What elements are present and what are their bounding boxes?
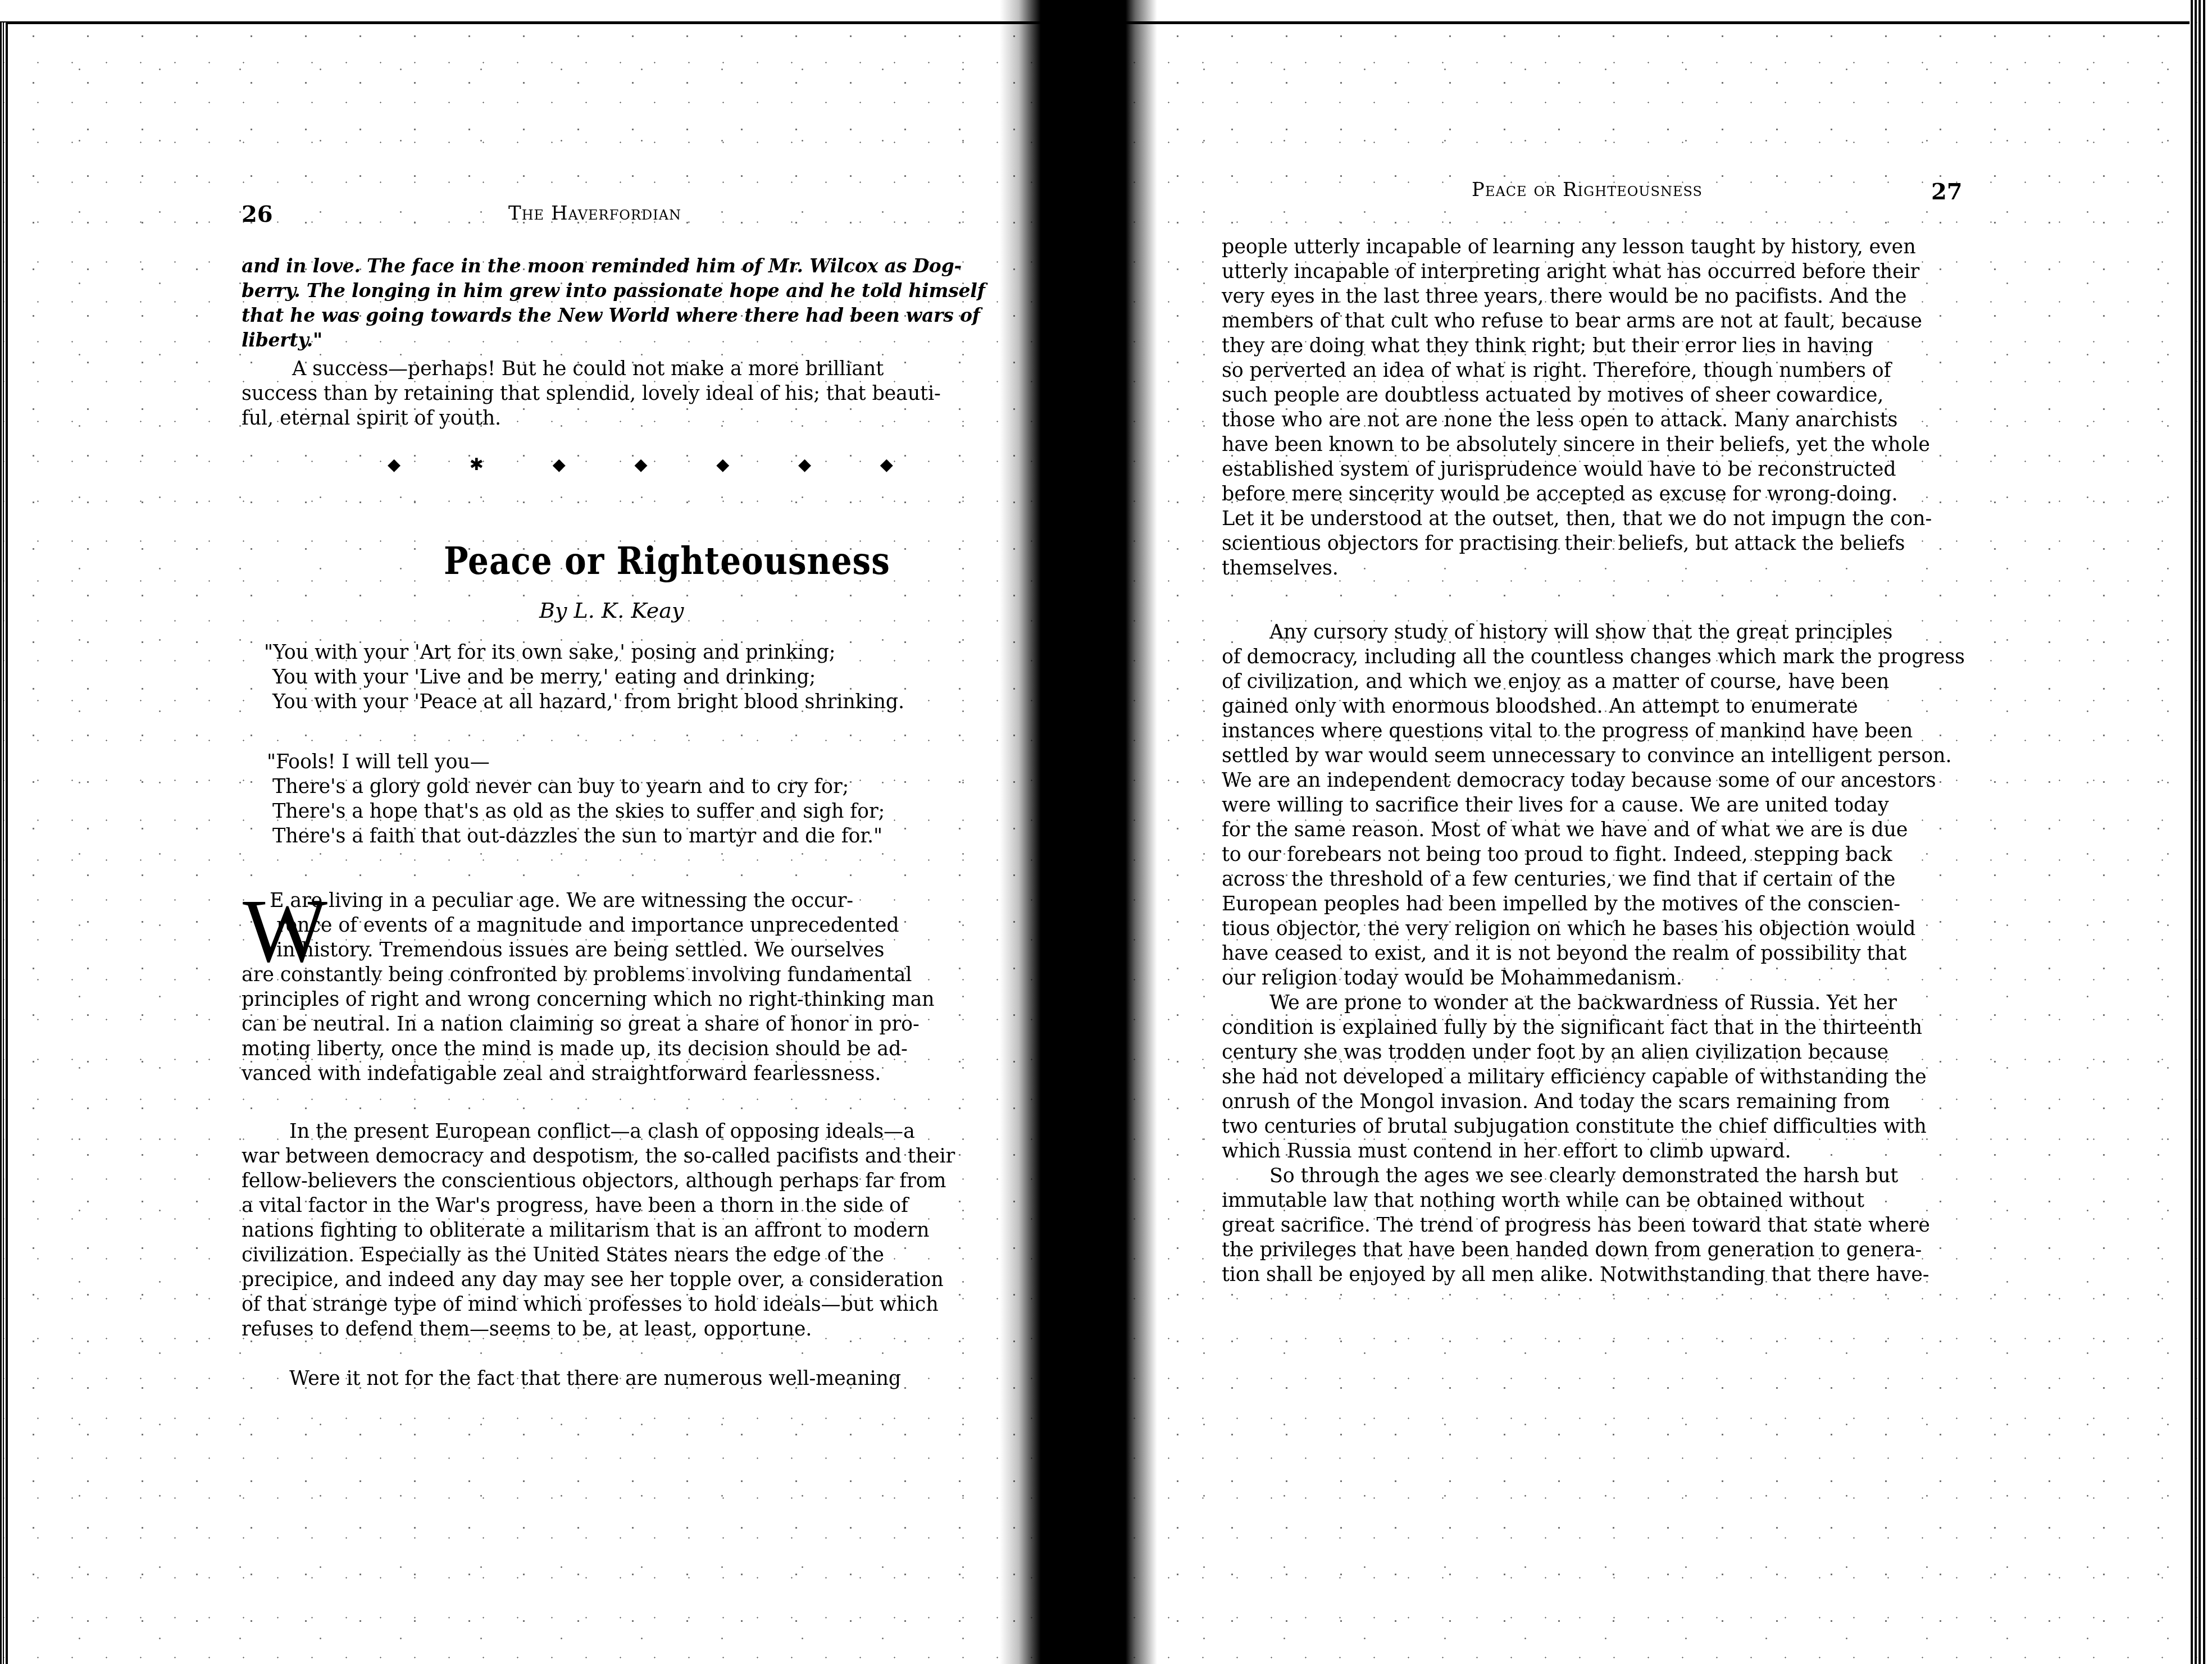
text-line: nations fighting to obliterate a militar… (242, 1218, 929, 1243)
text-line: the privileges that have been handed dow… (1222, 1238, 1922, 1262)
text-line: can be neutral. In a nation claiming so … (242, 1012, 920, 1037)
text-line: before mere sincerity would be accepted … (1222, 482, 1897, 507)
text-line: tious objector, the very religion on whi… (1222, 917, 1915, 941)
text-line: principles of right and wrong concerning… (242, 987, 934, 1012)
text-line: So through the ages we see clearly demon… (1269, 1164, 1898, 1188)
text-line: ful, eternal spirit of youth. (242, 406, 501, 431)
text-line: In the present European conflict—a clash… (289, 1119, 915, 1144)
verse-line: "Fools! I will tell you— (267, 750, 489, 774)
text-line: two centuries of brutal subjugation cons… (1222, 1114, 1927, 1139)
article-title: Peace or Righteousness (444, 539, 890, 583)
text-line: settled by war would seem unnecessary to… (1222, 744, 1951, 768)
text-line: themselves. (1222, 556, 1339, 581)
text-line: European peoples had been impelled by th… (1222, 892, 1900, 917)
text-line: very eyes in the last three years, there… (1222, 284, 1906, 309)
text-line: in history. Tremendous issues are being … (276, 938, 884, 963)
text-line: of civilization, and which we enjoy as a… (1222, 669, 1889, 694)
text-line: such people are doubtless actuated by mo… (1222, 383, 1883, 408)
text-line: to our forebears not being too proud to … (1222, 842, 1892, 867)
text-line: members of that cult who refuse to bear … (1222, 309, 1922, 334)
text-line: were willing to sacrifice their lives fo… (1222, 793, 1889, 818)
ornament-icon: ◆ (880, 455, 893, 475)
text-line: condition is explained fully by the sign… (1222, 1015, 1922, 1040)
text-line: great sacrifice. The trend of progress h… (1222, 1213, 1930, 1238)
text-line: so perverted an idea of what is right. T… (1222, 358, 1891, 383)
ornament-icon: ✱ (470, 455, 484, 475)
text-line: of democracy, including all the countles… (1222, 645, 1965, 669)
text-line: A success—perhaps! But he could not make… (292, 357, 884, 381)
book-spread-scan: 26 The Haverfordian and in love. The fac… (0, 0, 2212, 1664)
text-line: rence of events of a magnitude and impor… (276, 913, 899, 938)
text-line: those who are not are none the less open… (1222, 408, 1897, 432)
text-line: across the threshold of a few centuries,… (1222, 867, 1895, 892)
ornament-icon: ◆ (388, 455, 400, 475)
text-line: vanced with indefatigable zeal and strai… (242, 1061, 881, 1086)
page-number: 27 (1931, 179, 1963, 205)
text-line: she had not developed a military efficie… (1222, 1065, 1927, 1089)
page-26: 26 The Haverfordian and in love. The fac… (0, 0, 1045, 1664)
verse-line: There's a glory gold never can buy to ye… (272, 774, 849, 799)
page-27: Peace or Righteousness 27 people utterly… (1135, 0, 2212, 1664)
verse-line: "You with your 'Art for its own sake,' p… (264, 640, 835, 665)
section-ornaments: ◆ ✱ ◆ ◆ ◆ ◆ ◆ (388, 455, 893, 475)
text-line: they are doing what they think right; bu… (1222, 334, 1873, 358)
text-line: success than by retaining that splendid,… (242, 381, 941, 406)
text-line: for the same reason. Most of what we hav… (1222, 818, 1908, 842)
verse-line: There's a faith that out-dazzles the sun… (272, 824, 882, 849)
text-line: E are living in a peculiar age. We are w… (270, 888, 853, 913)
text-line: immutable law that nothing worth while c… (1222, 1188, 1864, 1213)
text-line: precipice, and indeed any day may see he… (242, 1268, 944, 1292)
text-line: century she was trodden under foot by an… (1222, 1040, 1888, 1065)
text-line: people utterly incapable of learning any… (1222, 235, 1915, 259)
text-line: which Russia must contend in her effort … (1222, 1139, 1791, 1164)
verse-line: There's a hope that's as old as the skie… (272, 799, 885, 824)
text-line: are constantly being confronted by probl… (242, 963, 912, 987)
text-line: Let it be understood at the outset, then… (1222, 507, 1932, 531)
verse-line: You with your 'Live and be merry,' eatin… (272, 665, 816, 690)
running-head: Peace or Righteousness (1472, 179, 1703, 201)
italic-line: and in love. The face in the moon remind… (242, 254, 962, 279)
text-line: war between democracy and despotism, the… (242, 1144, 955, 1169)
italic-line: that he was going towards the New World … (242, 303, 980, 328)
text-line: refuses to defend them—seems to be, at l… (242, 1317, 812, 1342)
text-line: instances where questions vital to the p… (1222, 719, 1913, 744)
text-line: fellow-believers the conscientious objec… (242, 1169, 946, 1193)
text-line: gained only with enormous bloodshed. An … (1222, 694, 1858, 719)
italic-line: liberty." (242, 328, 322, 353)
text-line: of that strange type of mind which profe… (242, 1292, 939, 1317)
text-line: civilization. Especially as the United S… (242, 1243, 884, 1268)
verse-line: You with your 'Peace at all hazard,' fro… (272, 690, 904, 714)
text-line: scientious objectors for practising thei… (1222, 531, 1905, 556)
text-line: utterly incapable of interpreting aright… (1222, 259, 1919, 284)
ornament-icon: ◆ (553, 455, 566, 475)
text-line: We are an independent democracy today be… (1222, 768, 1936, 793)
italic-line: berry. The longing in him grew into pass… (242, 279, 985, 303)
ornament-icon: ◆ (716, 455, 729, 475)
ornament-icon: ◆ (798, 455, 811, 475)
text-line: tion shall be enjoyed by all men alike. … (1222, 1262, 1929, 1287)
ornament-icon: ◆ (634, 455, 647, 475)
text-line: have ceased to exist, and it is not beyo… (1222, 941, 1906, 966)
article-byline: By L. K. Keay (539, 598, 684, 623)
running-head: The Haverfordian (508, 202, 681, 225)
text-line: Any cursory study of history will show t… (1269, 620, 1892, 645)
text-line: Were it not for the fact that there are … (289, 1366, 901, 1391)
text-line: moting liberty, once the mind is made up… (242, 1037, 908, 1061)
page-number: 26 (242, 201, 273, 227)
text-line: a vital factor in the War's progress, ha… (242, 1193, 908, 1218)
text-line: established system of jurisprudence woul… (1222, 457, 1896, 482)
text-line: We are prone to wonder at the backwardne… (1269, 991, 1897, 1015)
text-line: have been known to be absolutely sincere… (1222, 432, 1930, 457)
text-line: onrush of the Mongol invasion. And today… (1222, 1089, 1890, 1114)
text-line: our religion today would be Mohammedanis… (1222, 966, 1682, 991)
